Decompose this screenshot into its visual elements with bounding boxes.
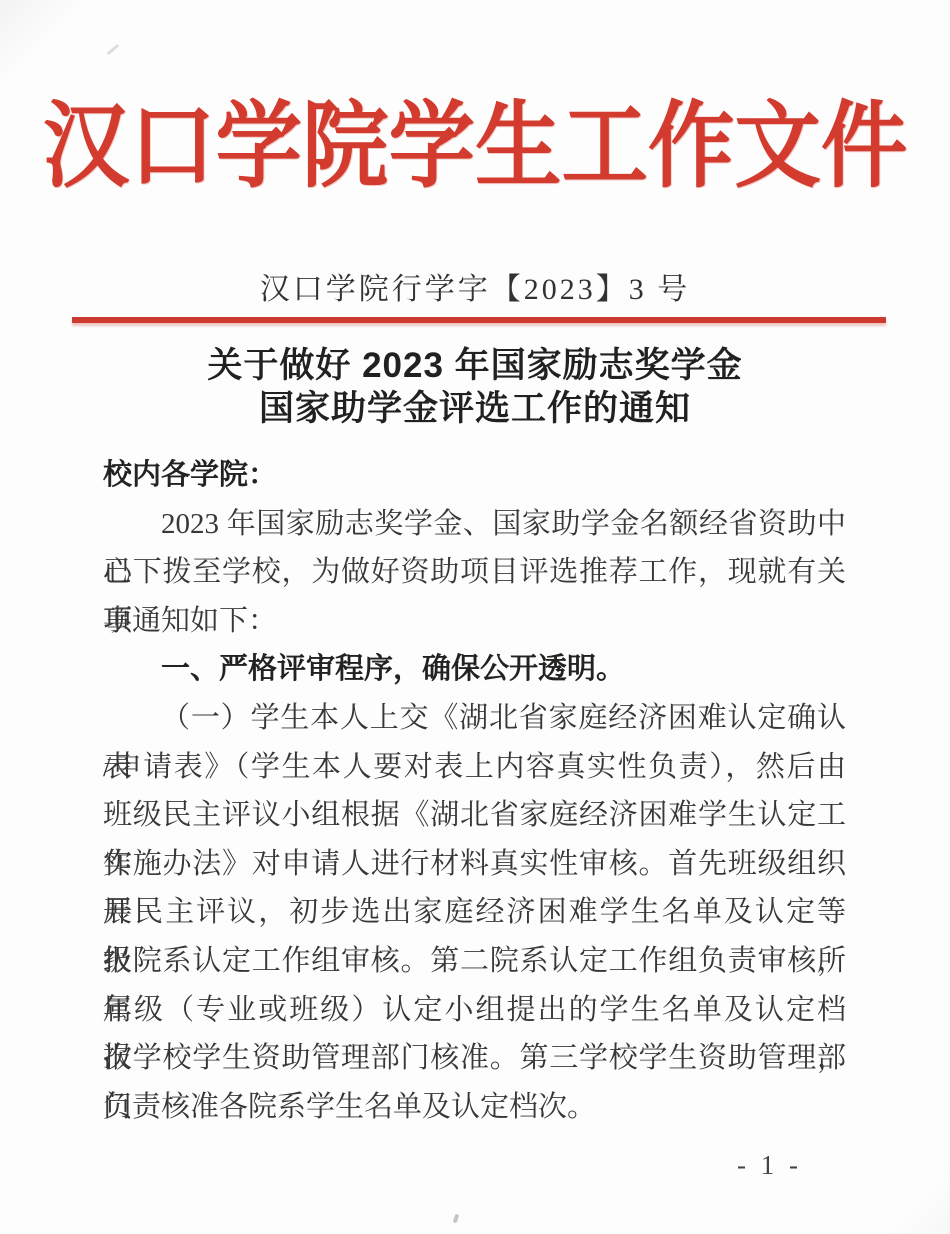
body-line: 班级民主评议小组根据《湖北省家庭经济困难学生认定工作: [103, 791, 846, 840]
body-line: （一）学生本人上交《湖北省家庭经济困难认定确认表: [103, 694, 846, 743]
body-line: 报院系认定工作组审核。第二院系认定工作组负责审核所属: [103, 937, 846, 986]
document-body: 校内各学院： 2023 年国家励志奖学金、国家助学金名额经省资助中心 已下拨至学…: [103, 451, 846, 1131]
body-line: 报学校学生资助管理部门核准。第三学校学生资助管理部门: [103, 1034, 846, 1083]
page-number: - 1 -: [737, 1150, 802, 1181]
body-line: 实施办法》对申请人进行材料真实性审核。首先班级组织开: [103, 840, 846, 889]
salutation: 校内各学院：: [103, 451, 846, 500]
red-divider-rule: [72, 317, 886, 323]
doc-number: 汉口学院行学字【2023】3 号: [0, 268, 950, 312]
body-line: 2023 年国家励志奖学金、国家助学金名额经省资助中心: [103, 500, 846, 549]
body-line: /申请表》（学生本人要对表上内容真实性负责），然后由: [103, 743, 846, 792]
notice-title-line1: 关于做好 2023 年国家励志奖学金: [0, 344, 950, 387]
section1-heading: 一、严格评审程序，确保公开透明。: [103, 645, 846, 694]
body-line: 已下拨至学校，为做好资助项目评选推荐工作，现就有关事: [103, 548, 846, 597]
scan-speck: [107, 44, 120, 55]
body-line: 项通知如下：: [103, 597, 846, 646]
notice-title-line2: 国家助学金评选工作的通知: [0, 387, 950, 430]
body-line: 展民主评议，初步选出家庭经济困难学生名单及认定等级，: [103, 888, 846, 937]
banner-title: 汉口学院学生工作文件: [38, 84, 912, 210]
scanned-document-page: 汉口学院学生工作文件 汉口学院行学字【2023】3 号 关于做好 2023 年国…: [0, 0, 950, 1234]
body-line: 年级（专业或班级）认定小组提出的学生名单及认定档次，: [103, 986, 846, 1035]
scan-speck: [453, 1214, 460, 1224]
notice-title: 关于做好 2023 年国家励志奖学金 国家助学金评选工作的通知: [0, 344, 950, 430]
body-line: 负责核准各院系学生名单及认定档次。: [103, 1083, 846, 1132]
